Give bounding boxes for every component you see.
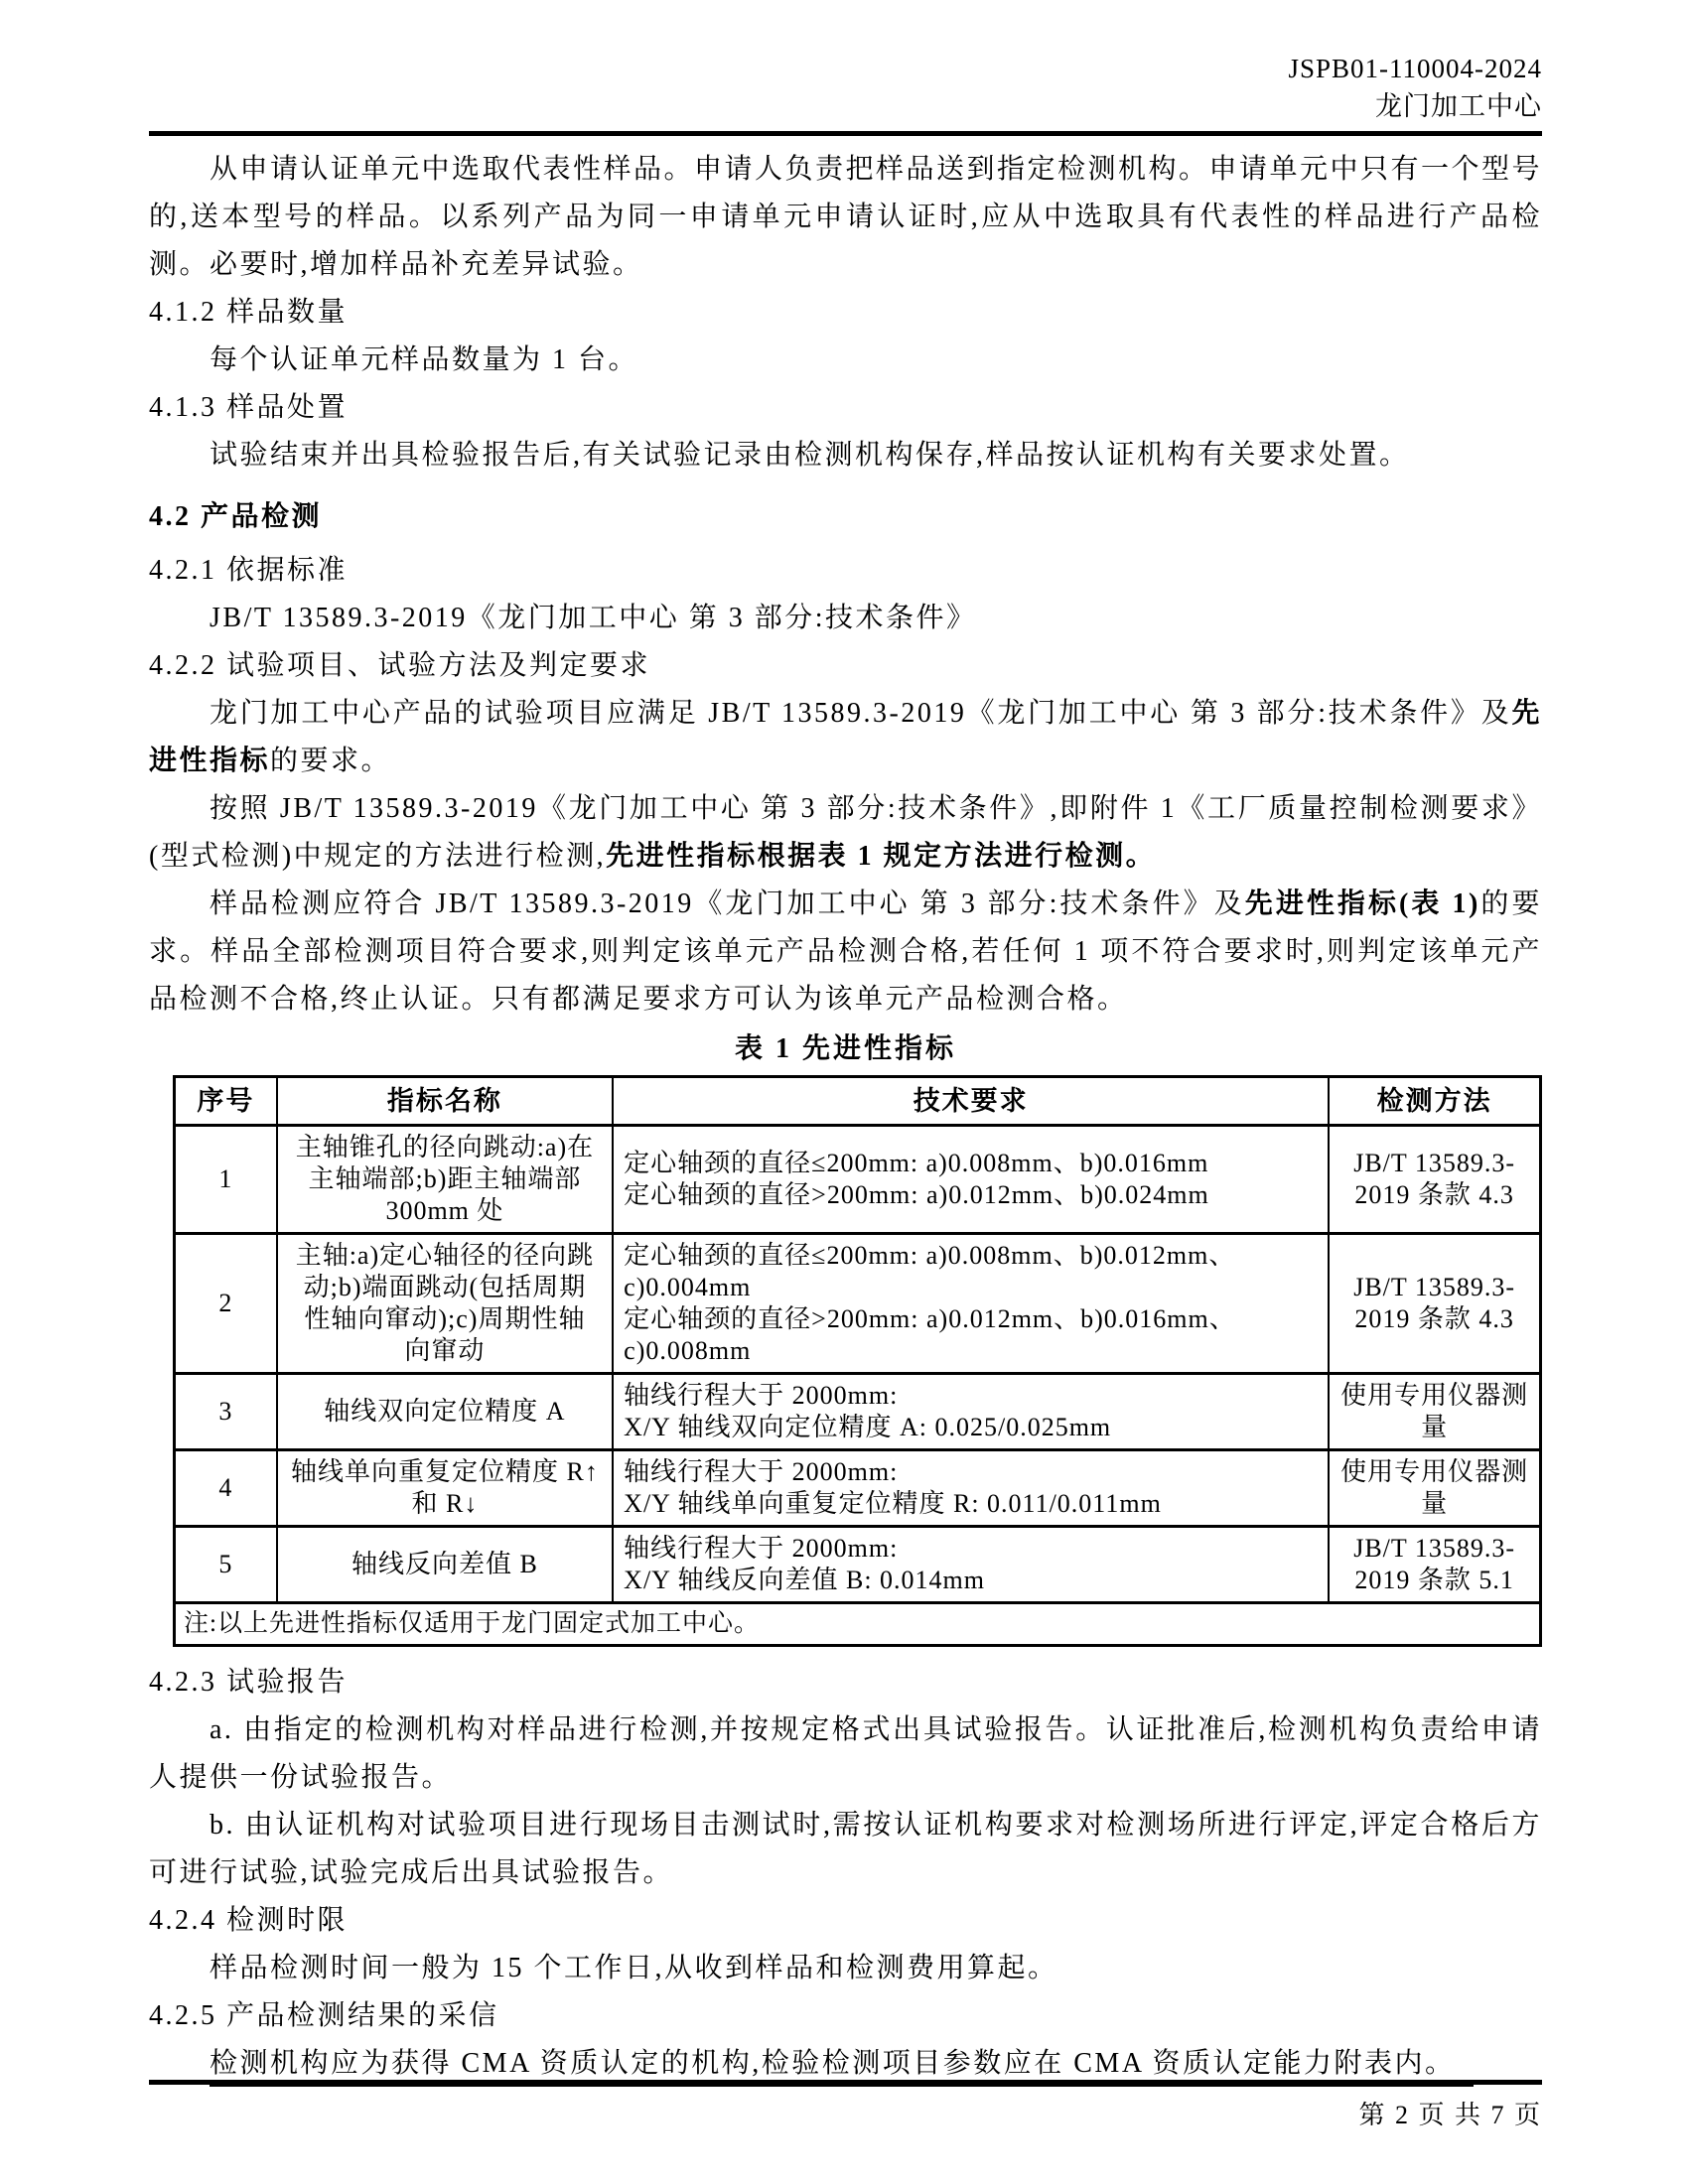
bold-text-run: 先进性指标(表 1) — [1245, 888, 1480, 919]
paragraph-standard-reference: JB/T 13589.3-2019《龙门加工中心 第 3 部分:技术条件》 — [149, 595, 1542, 642]
cell-seq: 1 — [175, 1126, 277, 1234]
paragraph-test-period: 样品检测时间一般为 15 个工作日,从收到样品和检测费用算起。 — [149, 1945, 1542, 1992]
column-header-indicator-name: 指标名称 — [277, 1077, 613, 1126]
heading-4-1-2: 4.1.2 样品数量 — [149, 289, 1542, 337]
heading-4-2-5: 4.2.5 产品检测结果的采信 — [149, 1992, 1542, 2040]
cell-technical-requirement: 定心轴颈的直径≤200mm: a)0.008mm、b)0.016mm 定心轴颈的… — [613, 1126, 1329, 1234]
paragraph-sample-quantity: 每个认证单元样品数量为 1 台。 — [149, 337, 1542, 384]
paragraph-sample-disposal: 试验结束并出具检验报告后,有关试验记录由检测机构保存,样品按认证机构有关要求处置… — [149, 432, 1542, 479]
text-run: 样品检测应符合 JB/T 13589.3-2019《龙门加工中心 第 3 部分:… — [210, 888, 1245, 919]
paragraph-test-report-b: b. 由认证机构对试验项目进行现场目击测试时,需按认证机构要求对检测场所进行评定… — [149, 1802, 1542, 1897]
heading-4-1-3: 4.1.3 样品处置 — [149, 384, 1542, 432]
cell-seq: 4 — [175, 1450, 277, 1527]
cell-test-method: 使用专用仪器测 量 — [1329, 1450, 1540, 1527]
cell-indicator-name: 主轴:a)定心轴径的径向跳 动;b)端面跳动(包括周期 性轴向窜动);c)周期性… — [277, 1234, 613, 1374]
cell-test-method: JB/T 13589.3- 2019 条款 4.3 — [1329, 1126, 1540, 1234]
advanced-indicators-table: 序号 指标名称 技术要求 检测方法 1 主轴锥孔的径向跳动:a)在 主轴端部;b… — [173, 1075, 1542, 1647]
paragraph-judgement: 样品检测应符合 JB/T 13589.3-2019《龙门加工中心 第 3 部分:… — [149, 881, 1542, 1024]
cell-technical-requirement: 轴线行程大于 2000mm: X/Y 轴线反向差值 B: 0.014mm — [613, 1527, 1329, 1603]
heading-4-2-4: 4.2.4 检测时限 — [149, 1897, 1542, 1945]
heading-4-2-3: 4.2.3 试验报告 — [149, 1659, 1542, 1706]
table-note: 注:以上先进性指标仅适用于龙门固定式加工中心。 — [175, 1603, 1541, 1646]
column-header-technical-requirement: 技术要求 — [613, 1077, 1329, 1126]
heading-4-2: 4.2 产品检测 — [149, 493, 1542, 541]
paragraph-test-items: 龙门加工中心产品的试验项目应满足 JB/T 13589.3-2019《龙门加工中… — [149, 690, 1542, 785]
table-row: 3 轴线双向定位精度 A 轴线行程大于 2000mm: X/Y 轴线双向定位精度… — [175, 1374, 1541, 1450]
heading-4-2-1: 4.2.1 依据标准 — [149, 547, 1542, 595]
document-body: 从申请认证单元中选取代表性样品。申请人负责把样品送到指定检测机构。申请单元中只有… — [149, 146, 1542, 2088]
cell-seq: 2 — [175, 1234, 277, 1374]
document-header: JSPB01-110004-2024 龙门加工中心 — [149, 50, 1542, 125]
column-header-test-method: 检测方法 — [1329, 1077, 1540, 1126]
cell-technical-requirement: 轴线行程大于 2000mm: X/Y 轴线单向重复定位精度 R: 0.011/0… — [613, 1450, 1329, 1527]
cell-indicator-name: 主轴锥孔的径向跳动:a)在 主轴端部;b)距主轴端部 300mm 处 — [277, 1126, 613, 1234]
document-footer: 第 2 页 共 7 页 — [149, 2080, 1542, 2131]
table-row: 4 轴线单向重复定位精度 R↑ 和 R↓ 轴线行程大于 2000mm: X/Y … — [175, 1450, 1541, 1527]
doc-title: 龙门加工中心 — [149, 87, 1542, 125]
text-run: 的要求。 — [270, 746, 391, 776]
cell-test-method: JB/T 13589.3- 2019 条款 5.1 — [1329, 1527, 1540, 1603]
text-run: 龙门加工中心产品的试验项目应满足 JB/T 13589.3-2019《龙门加工中… — [210, 698, 1511, 729]
paragraph-test-method: 按照 JB/T 13589.3-2019《龙门加工中心 第 3 部分:技术条件》… — [149, 785, 1542, 881]
header-rule — [149, 131, 1542, 136]
cell-technical-requirement: 定心轴颈的直径≤200mm: a)0.008mm、b)0.012mm、c)0.0… — [613, 1234, 1329, 1374]
cell-seq: 3 — [175, 1374, 277, 1450]
table-note-row: 注:以上先进性指标仅适用于龙门固定式加工中心。 — [175, 1603, 1541, 1646]
doc-number: JSPB01-110004-2024 — [149, 50, 1542, 87]
cell-technical-requirement: 轴线行程大于 2000mm: X/Y 轴线双向定位精度 A: 0.025/0.0… — [613, 1374, 1329, 1450]
table-row: 1 主轴锥孔的径向跳动:a)在 主轴端部;b)距主轴端部 300mm 处 定心轴… — [175, 1126, 1541, 1234]
cell-test-method: JB/T 13589.3- 2019 条款 4.3 — [1329, 1234, 1540, 1374]
paragraph-test-report-a: a. 由指定的检测机构对样品进行检测,并按规定格式出具试验报告。认证批准后,检测… — [149, 1706, 1542, 1802]
heading-4-2-2: 4.2.2 试验项目、试验方法及判定要求 — [149, 642, 1542, 690]
cell-seq: 5 — [175, 1527, 277, 1603]
bold-text-run: 先进性指标根据表 1 规定方法进行检测。 — [606, 841, 1156, 872]
cell-indicator-name: 轴线双向定位精度 A — [277, 1374, 613, 1450]
table-row: 2 主轴:a)定心轴径的径向跳 动;b)端面跳动(包括周期 性轴向窜动);c)周… — [175, 1234, 1541, 1374]
cell-indicator-name: 轴线反向差值 B — [277, 1527, 613, 1603]
table-header-row: 序号 指标名称 技术要求 检测方法 — [175, 1077, 1541, 1126]
table-title: 表 1 先进性指标 — [149, 1025, 1542, 1073]
table-row: 5 轴线反向差值 B 轴线行程大于 2000mm: X/Y 轴线反向差值 B: … — [175, 1527, 1541, 1603]
cell-indicator-name: 轴线单向重复定位精度 R↑ 和 R↓ — [277, 1450, 613, 1527]
cell-test-method: 使用专用仪器测 量 — [1329, 1374, 1540, 1450]
paragraph-sample-selection: 从申请认证单元中选取代表性样品。申请人负责把样品送到指定检测机构。申请单元中只有… — [149, 146, 1542, 289]
document-page: JSPB01-110004-2024 龙门加工中心 从申请认证单元中选取代表性样… — [0, 0, 1688, 2184]
page-number: 第 2 页 共 7 页 — [149, 2085, 1542, 2131]
column-header-seq: 序号 — [175, 1077, 277, 1126]
